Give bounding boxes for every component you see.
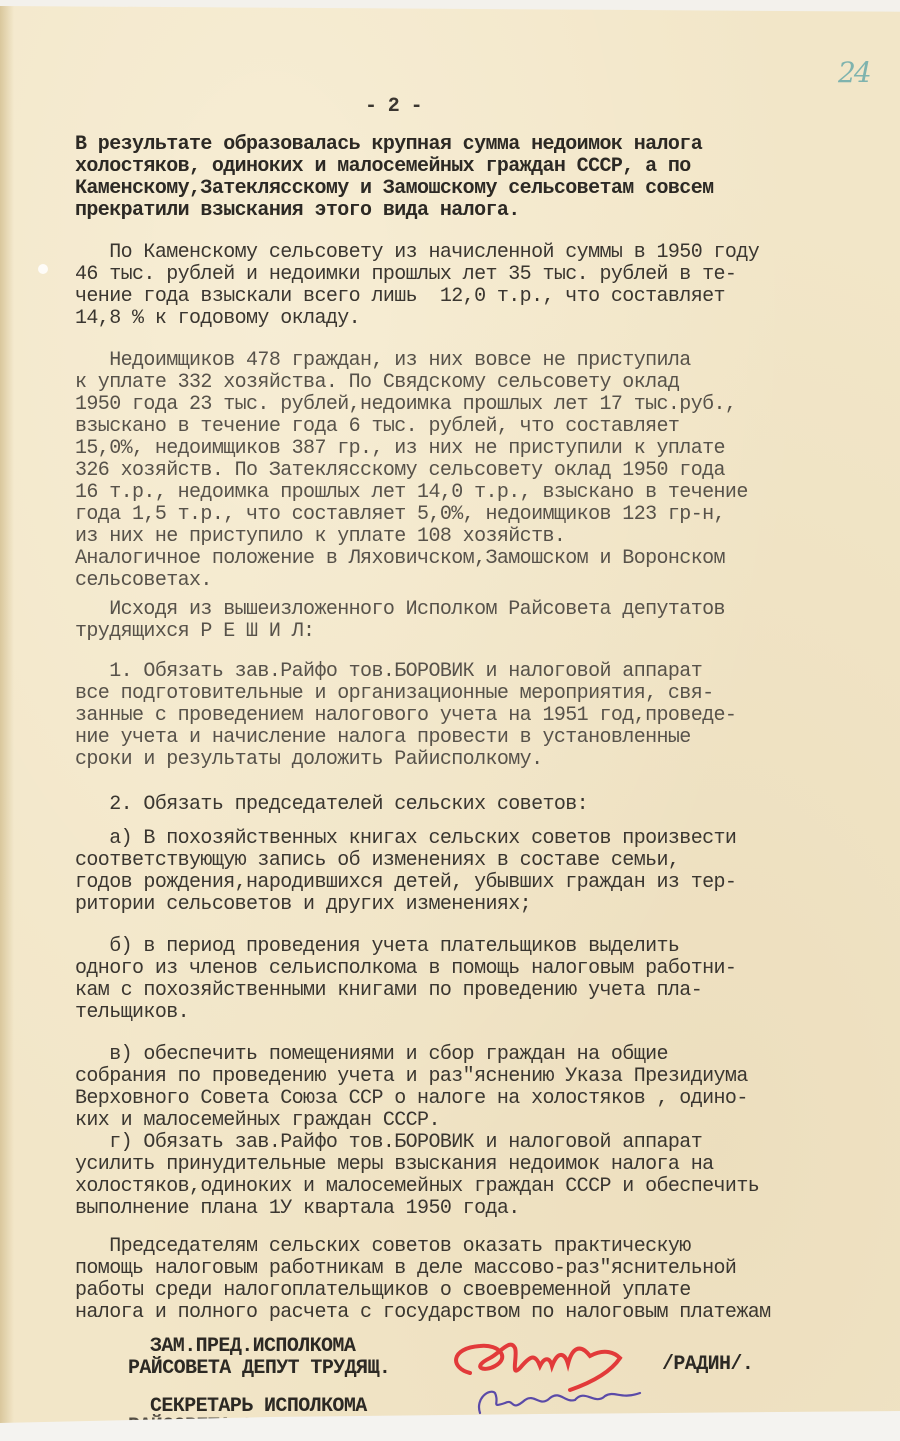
text-line: 1950 года 23 тыс. рублей,недоимка прошлы… (75, 394, 748, 416)
text-line: сроки и результаты доложить Райисполкому… (75, 749, 736, 771)
text-line: 2. Обязать председателей сельских совето… (75, 794, 588, 816)
text-line: В результате образовалась крупная сумма … (75, 134, 714, 156)
text-line: работы среди налогоплательщиков о своевр… (75, 1280, 771, 1302)
text-line: годов рождения,народившихся детей, убывш… (75, 872, 736, 894)
text-line: Верховного Совета Союза ССР о налоге на … (75, 1088, 748, 1110)
page-number: - 2 - (365, 96, 422, 118)
text-line: занные с проведением налогового учета на… (75, 705, 736, 727)
text-line: года 1,5 т.р., что составляет 5,0%, недо… (75, 504, 748, 526)
text-line: соответствующую запись об изменениях в с… (75, 850, 736, 872)
paragraph-item-2b: б) в период проведения учета плательщико… (75, 936, 736, 1024)
text-line: выполнение плана 1У квартала 1950 года. (75, 1198, 759, 1220)
paragraph-kamensky: По Каменскому сельсовету из начисленной … (75, 242, 759, 330)
text-line: кам с похозяйственными книгами по провед… (75, 980, 736, 1002)
text-line: ние учета и начисление налога провести в… (75, 727, 736, 749)
paragraph-debtors: Недоимщиков 478 граждан, из них вовсе не… (75, 350, 748, 592)
text-line: собрания по проведению учета и раз"яснен… (75, 1066, 748, 1088)
text-line: 326 хозяйств. По Затеклясскому сельсовет… (75, 460, 748, 482)
deputy-title-line1: ЗАМ.ПРЕД.ИСПОЛКОМА (150, 1336, 355, 1358)
text-line: ритории сельсоветов и других изменениях; (75, 894, 736, 916)
text-line: в) обеспечить помещениями и сбор граждан… (75, 1044, 748, 1066)
text-line: Каменскому,Затеклясскому и Замошскому се… (75, 178, 714, 200)
text-line: трудящихся Р Е Ш И Л: (75, 621, 725, 643)
paragraph-resolved: Исходя из вышеизложенного Исполком Райсо… (75, 599, 725, 643)
blue-signature (470, 1378, 650, 1418)
text-line: 46 тыс. рублей и недоимки прошлых лет 35… (75, 264, 759, 286)
text-line: тельщиков. (75, 1002, 736, 1024)
text-line: все подготовительные и организационные м… (75, 683, 736, 705)
paragraph-item-2: 2. Обязать председателей сельских совето… (75, 794, 588, 816)
text-line: холостяков,одиноких и малосемейных гражд… (75, 1176, 759, 1198)
text-line: прекратили взыскания этого вида налога. (75, 200, 714, 222)
deputy-name: /РАДИН/. (662, 1354, 753, 1376)
text-line: Исходя из вышеизложенного Исполком Райсо… (75, 599, 725, 621)
text-line: чение года взыскали всего лишь 12,0 т.р.… (75, 286, 759, 308)
paragraph-item-1: 1. Обязать зав.Райфо тов.БОРОВИК и налог… (75, 661, 736, 771)
text-line: б) в период проведения учета плательщико… (75, 936, 736, 958)
paragraph-closing: Председателям сельских советов оказать п… (75, 1236, 771, 1324)
document-page: 24 - 2 - В результате образовалась крупн… (0, 6, 900, 1436)
text-line: взыскано в течение года 6 тыс. рублей, ч… (75, 416, 748, 438)
text-line: усилить принудительные меры взыскания не… (75, 1154, 759, 1176)
text-line: 16 т.р., недоимка прошлых лет 14,0 т.р.,… (75, 482, 748, 504)
text-line: помощь налоговым работникам в деле массо… (75, 1258, 771, 1280)
paragraph-item-2g: г) Обязать зав.Райфо тов.БОРОВИК и налог… (75, 1132, 759, 1220)
text-line: 1. Обязать зав.Райфо тов.БОРОВИК и налог… (75, 661, 736, 683)
text-line: к уплате 332 хозяйства. По Свядскому сел… (75, 372, 748, 394)
text-line: налога и полного расчета с государством … (75, 1302, 771, 1324)
text-line: одного из членов сельисполкома в помощь … (75, 958, 736, 980)
paragraph-item-2a: а) В похозяйственных книгах сельских сов… (75, 828, 736, 916)
archive-page-number: 24 (838, 56, 870, 89)
page-edge-shadow (0, 6, 14, 1436)
paragraph-intro: В результате образовалась крупная сумма … (75, 134, 714, 222)
text-line: г) Обязать зав.Райфо тов.БОРОВИК и налог… (75, 1132, 759, 1154)
text-line: холостяков, одиноких и малосемейных граж… (75, 156, 714, 178)
text-line: сельсоветах. (75, 570, 748, 592)
text-line: 14,8 % к годовому окладу. (75, 308, 759, 330)
text-line: Недоимщиков 478 граждан, из них вовсе не… (75, 350, 748, 372)
text-line: 15,0%, недоимщиков 387 гр., из них не пр… (75, 438, 748, 460)
text-line: По Каменскому сельсовету из начисленной … (75, 242, 759, 264)
deputy-title-line2: РАЙСОВЕТА ДЕПУТ ТРУДЯЩ. (128, 1358, 390, 1380)
text-line: Аналогичное положение в Ляховичском,Замо… (75, 548, 748, 570)
text-line: а) В похозяйственных книгах сельских сов… (75, 828, 736, 850)
paper-speck (38, 264, 48, 274)
text-line: ких и малосемейных граждан СССР. (75, 1110, 748, 1132)
paragraph-item-2v: в) обеспечить помещениями и сбор граждан… (75, 1044, 748, 1132)
text-line: из них не приступило к уплате 108 хозяйс… (75, 526, 748, 548)
text-line: Председателям сельских советов оказать п… (75, 1236, 771, 1258)
